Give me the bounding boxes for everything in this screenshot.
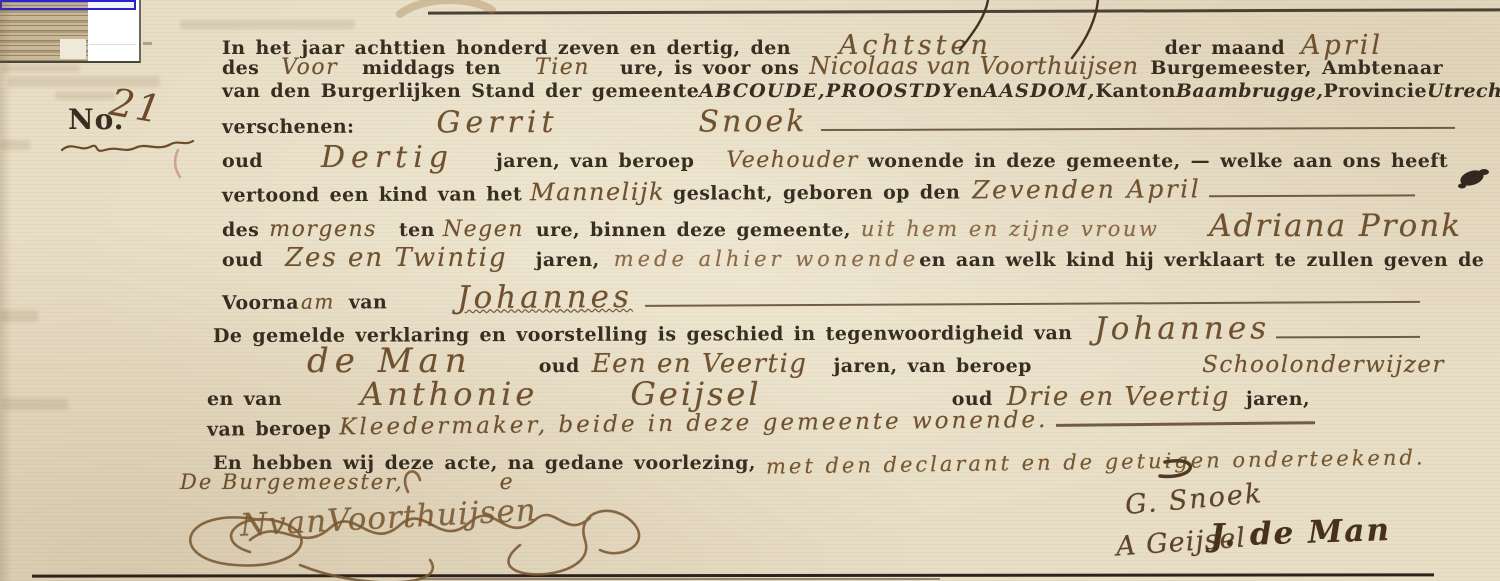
declarant-signature: G. Snoek: [1124, 478, 1264, 521]
handwritten-mother-name: Adriana Pronk: [1209, 208, 1462, 244]
handwritten-daypart: morgens: [269, 217, 377, 242]
printed-text: en aan welk kind hij verklaart te zullen…: [919, 249, 1484, 271]
printed-text: Voorna: [222, 292, 299, 314]
handwritten-text: am: [301, 290, 335, 314]
handwritten-witness2-lastname: Geijsel: [630, 375, 761, 413]
handwritten-hour: Tien: [535, 55, 590, 80]
printed-text: en van: [207, 388, 282, 410]
handwritten-burgemeester-label: De Burgemeester,: [180, 470, 404, 494]
line-municipality: van den Burgerlijken Stand der gemeente …: [222, 80, 1432, 102]
printed-text: oud: [539, 355, 580, 377]
handwritten-official-name: Nicolaas van Voorthuijsen: [809, 52, 1138, 80]
printed-text: verschenen:: [222, 116, 355, 138]
printed-text: vertoond een kind van het: [222, 183, 522, 206]
printed-text: wonende in deze gemeente, — welke aan on…: [867, 150, 1448, 172]
birth-record-scan: No. 21 In het jaar achttien honderd zeve…: [0, 0, 1500, 581]
line-mother-age: oud Zes en Twintig jaren, mede alhier wo…: [222, 243, 1448, 273]
line-burgemeester-label: De Burgemeester, e: [180, 470, 514, 495]
handwritten-declarant-firstname: Gerrit: [436, 105, 558, 140]
bottom-frame-rule-2: [420, 578, 940, 580]
printed-text: jaren,: [536, 249, 600, 271]
top-frame-rule: [428, 8, 1500, 14]
handwritten-profession: Veehouder: [726, 148, 859, 173]
bleedthrough-smudge: [55, 92, 115, 100]
bleedthrough-smudge: [2, 398, 68, 410]
bleedthrough-smudge: [180, 20, 355, 29]
handwritten-birthdate: Zevenden April: [972, 174, 1201, 204]
line-birth-time-mother: des morgens ten Negen ure, binnen deze g…: [222, 208, 1462, 244]
handwritten-parents-phrase: uit hem en zijne vrouw: [861, 217, 1160, 241]
printed-text: ten: [399, 219, 435, 241]
navigator-viewport-rect[interactable]: [0, 0, 136, 10]
fill-in-rule: [645, 294, 1420, 307]
printed-text: oud: [222, 150, 263, 172]
bleedthrough-smudge: [0, 140, 30, 150]
fill-in-rule: [1276, 329, 1420, 339]
printed-canton: Baambrugge,: [1176, 80, 1324, 102]
scan-artifact-dash: [143, 42, 152, 45]
printed-text: van den Burgerlijken Stand der gemeente: [222, 80, 699, 102]
bottom-frame-rule: [32, 573, 1434, 577]
printed-municipality: PROOSTDY: [826, 80, 957, 102]
handwritten-residence-phrase: mede alhier wonende: [614, 247, 919, 271]
witness3-signature: J. de Man: [1209, 512, 1391, 554]
printed-province: Utrecht,: [1427, 80, 1500, 102]
fill-in-rule: [1209, 187, 1415, 197]
handwritten-child-firstname: Johannes: [457, 279, 633, 316]
handwritten-declarant-lastname: Snoek: [698, 104, 807, 139]
handwritten-age: Dertig: [321, 140, 454, 175]
fill-in-rule: [821, 120, 1455, 131]
printed-text: Burgemeester, Ambtenaar: [1150, 57, 1443, 79]
printed-text: van beroep: [207, 418, 331, 441]
printed-text: van: [349, 291, 387, 313]
printed-text: geslacht, geboren op den: [673, 181, 960, 204]
printed-text: jaren, van beroep: [833, 355, 1031, 377]
printed-text: ure, is voor ons: [620, 57, 799, 79]
handwritten-witness2-firstname: Anthonie: [360, 375, 538, 413]
printed-municipality: AASDOM,: [983, 80, 1095, 102]
handwritten-hour: Negen: [443, 217, 524, 242]
printed-text: jaren, van beroep: [496, 150, 694, 172]
printed-text: en: [957, 80, 984, 102]
bleedthrough-smudge: [2, 64, 80, 72]
fill-in-rule: [1056, 414, 1315, 427]
line-time-official: des Voor middags ten Tien ure, is voor o…: [222, 52, 1443, 80]
line-declarant-name: verschenen: Gerrit Snoek: [222, 102, 1455, 141]
line-age-profession: oud Dertig jaren, van beroep Veehouder w…: [222, 140, 1448, 175]
act-number-value: 21: [107, 80, 166, 132]
bleedthrough-smudge: [0, 310, 38, 322]
handwritten-flourish-letter: e: [500, 470, 515, 495]
printed-text: des: [222, 57, 259, 79]
printed-text: ure, binnen deze gemeente,: [536, 219, 851, 241]
printed-text: Provincie: [1323, 80, 1427, 102]
burgemeester-signature: NvanVoorthuijsen: [239, 492, 537, 543]
printed-text: des: [222, 219, 259, 241]
printed-text: middags ten: [362, 57, 501, 79]
handwritten-mother-age: Zes en Twintig: [285, 243, 508, 273]
printed-text: oud: [222, 249, 263, 271]
line-child-gender-birthdate: vertoond een kind van het Mannelijk gesl…: [222, 173, 1415, 207]
handwritten-closing-phrase: met den declarant en de getuigen onderte…: [766, 445, 1426, 478]
handwritten-daypart: Voor: [281, 55, 338, 80]
navigator-fold-line: [89, 44, 136, 45]
printed-text: Kanton: [1096, 80, 1176, 102]
printed-municipality: ABCOUDE,: [699, 80, 826, 102]
handwritten-gender: Mannelijk: [530, 178, 665, 207]
navigator-minimap[interactable]: [0, 0, 141, 63]
